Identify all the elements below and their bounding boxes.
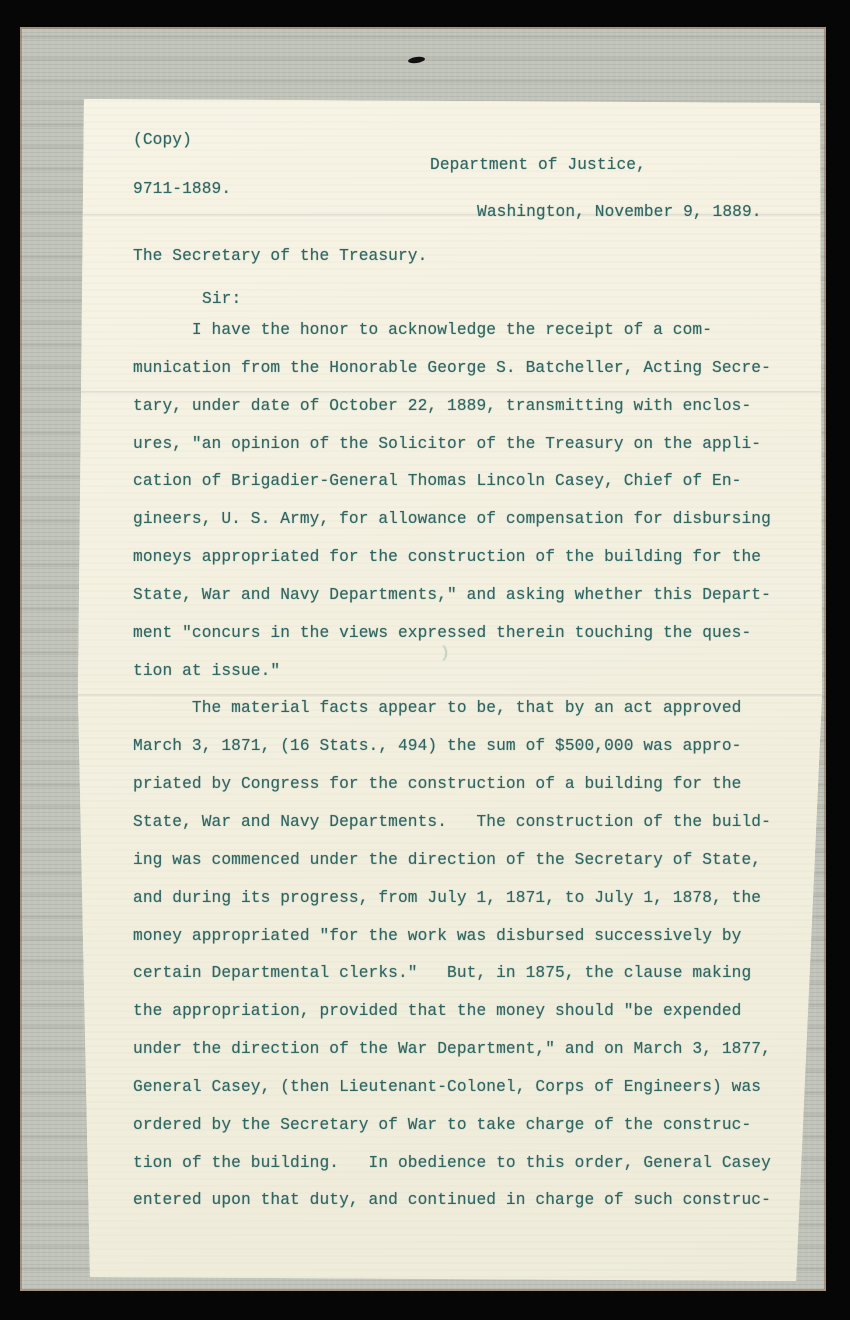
body-line: State, War and Navy Departments. The con… bbox=[133, 804, 771, 842]
body-line: tion at issue." bbox=[133, 653, 771, 691]
body-line: The material facts appear to be, that by… bbox=[133, 690, 771, 728]
letter-paper: (Copy) 9711-1889. Department of Justice,… bbox=[74, 95, 826, 1285]
body-line: ment "concurs in the views expressed the… bbox=[133, 615, 771, 653]
body-line: gineers, U. S. Army, for allowance of co… bbox=[133, 501, 771, 539]
addressee: The Secretary of the Treasury. bbox=[133, 244, 427, 268]
body-line: ing was commenced under the direction of… bbox=[133, 842, 771, 880]
copy-label: (Copy) bbox=[133, 128, 192, 152]
body-line: under the direction of the War Departmen… bbox=[133, 1031, 771, 1069]
body-line: entered upon that duty, and continued in… bbox=[133, 1182, 771, 1220]
body-line: March 3, 1871, (16 Stats., 494) the sum … bbox=[133, 728, 771, 766]
body-line: moneys appropriated for the construction… bbox=[133, 539, 771, 577]
body-line: the appropriation, provided that the mon… bbox=[133, 993, 771, 1031]
body-line: and during its progress, from July 1, 18… bbox=[133, 880, 771, 918]
backing-sheet: (Copy) 9711-1889. Department of Justice,… bbox=[20, 27, 826, 1291]
body-line: priated by Congress for the construction… bbox=[133, 766, 771, 804]
body-line: ordered by the Secretary of War to take … bbox=[133, 1107, 771, 1145]
body-line: tion of the building. In obedience to th… bbox=[133, 1145, 771, 1183]
file-number: 9711-1889. bbox=[133, 177, 231, 201]
body-line: State, War and Navy Departments," and as… bbox=[133, 577, 771, 615]
department-heading: Department of Justice, bbox=[430, 153, 646, 177]
letter-body: I have the honor to acknowledge the rece… bbox=[133, 312, 771, 1220]
salutation: Sir: bbox=[202, 287, 241, 311]
ink-mark bbox=[408, 56, 426, 64]
body-line: certain Departmental clerks." But, in 18… bbox=[133, 955, 771, 993]
body-line: General Casey, (then Lieutenant-Colonel,… bbox=[133, 1069, 771, 1107]
body-line: money appropriated "for the work was dis… bbox=[133, 918, 771, 956]
body-line: cation of Brigadier-General Thomas Linco… bbox=[133, 463, 771, 501]
body-line: I have the honor to acknowledge the rece… bbox=[133, 312, 771, 350]
body-line: tary, under date of October 22, 1889, tr… bbox=[133, 388, 771, 426]
dateline: Washington, November 9, 1889. bbox=[477, 200, 762, 224]
body-line: munication from the Honorable George S. … bbox=[133, 350, 771, 388]
body-line: ures, "an opinion of the Solicitor of th… bbox=[133, 426, 771, 464]
